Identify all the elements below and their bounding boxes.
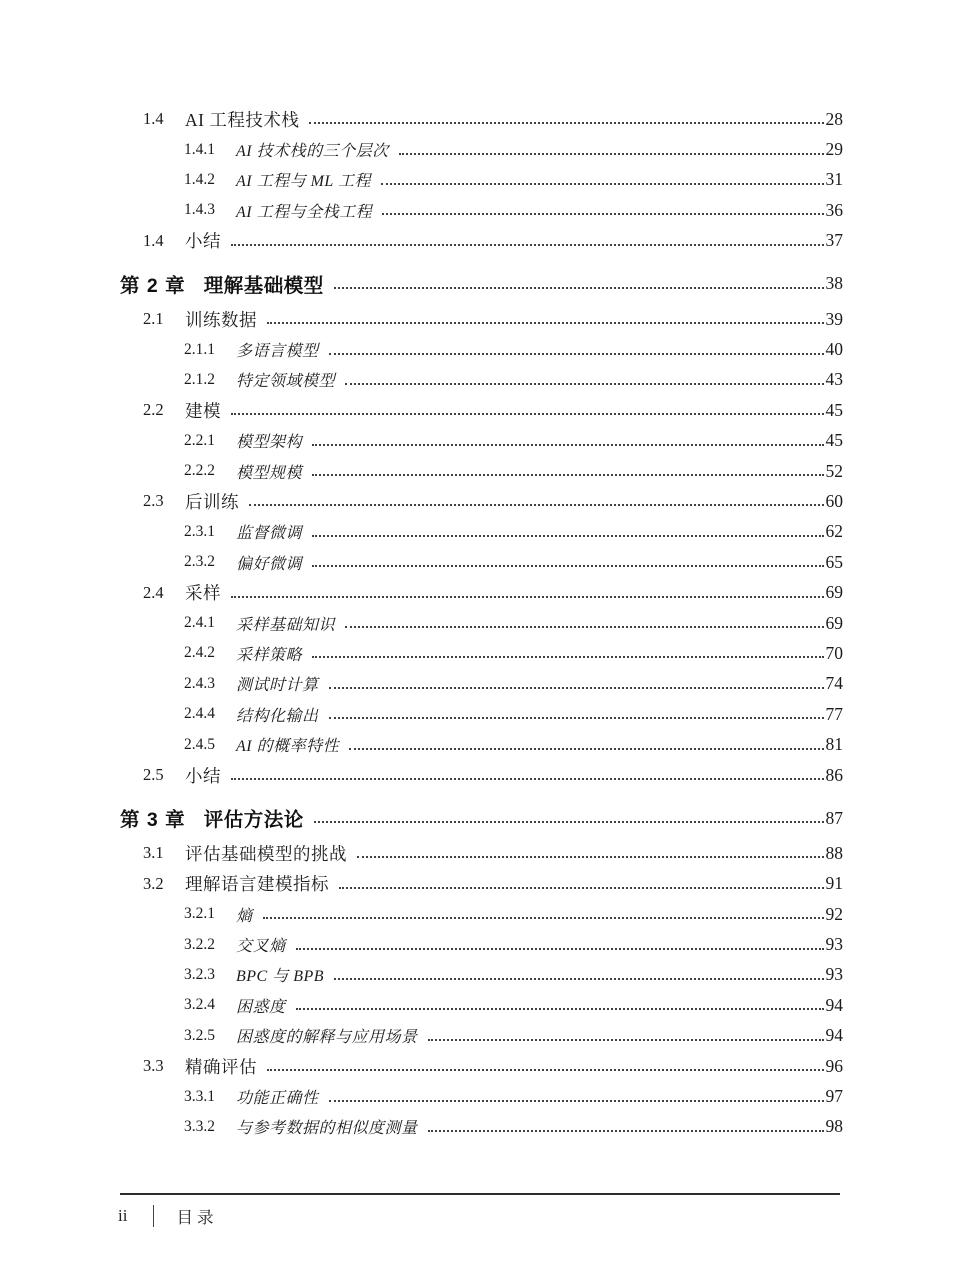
entry-page-number: 37 [826, 230, 844, 251]
entry-number: 1.4.2 [184, 171, 236, 189]
toc-entry: 2.4.1 采样基础知识 69 [120, 608, 843, 638]
entry-page-number: 91 [826, 873, 844, 894]
toc-entry: 3.2.5 困惑度的解释与应用场景 94 [120, 1021, 843, 1051]
entry-page-number: 87 [826, 808, 844, 829]
entry-title: AI 工程技术栈 [185, 107, 299, 132]
entry-number: 3.2.5 [184, 1027, 236, 1045]
entry-number: 2.4.3 [184, 675, 236, 693]
dot-leader [263, 917, 824, 919]
entry-number: 3.3.1 [184, 1088, 236, 1106]
dot-leader [312, 474, 823, 476]
entry-page-number: 69 [826, 582, 844, 603]
entry-page-number: 40 [826, 339, 844, 360]
entry-page-number: 94 [826, 995, 844, 1016]
dot-leader [382, 213, 823, 215]
toc-entry: 3.2.1 熵 92 [120, 899, 843, 929]
entry-number: 2.4.2 [184, 644, 236, 662]
dot-leader [339, 887, 824, 889]
entry-title: 精确评估 [185, 1054, 257, 1079]
toc-entry: 第 2 章 理解基础模型 38 [120, 266, 843, 302]
toc-entry: 1.4.1 AI 技术栈的三个层次 29 [120, 134, 843, 164]
entry-number: 3.2.4 [184, 996, 236, 1014]
toc-entry: 3.2.4 困惑度 94 [120, 990, 843, 1020]
entry-page-number: 74 [826, 673, 844, 694]
entry-title: AI 工程与全栈工程 [236, 199, 372, 222]
entry-number: 3.3.2 [184, 1118, 236, 1136]
entry-number: 3.2 [143, 874, 185, 894]
dot-leader [428, 1039, 824, 1041]
dot-leader [231, 413, 824, 415]
dot-leader [296, 1008, 824, 1010]
toc-entry: 2.4.2 采样策略 70 [120, 638, 843, 668]
page-footer: ii 目录 [120, 1193, 840, 1228]
entry-title: 训练数据 [185, 307, 257, 332]
dot-leader [267, 1069, 824, 1071]
entry-page-number: 36 [826, 200, 844, 221]
entry-number: 2.3.2 [184, 553, 236, 571]
entry-page-number: 88 [826, 843, 844, 864]
entry-page-number: 81 [826, 734, 844, 755]
entry-page-number: 62 [826, 521, 844, 542]
entry-number: 2.1.2 [184, 371, 236, 389]
entry-number: 3.2.1 [184, 905, 236, 923]
dot-leader [312, 535, 823, 537]
entry-number: 2.2.1 [184, 432, 236, 450]
entry-title: 困惑度的解释与应用场景 [236, 1024, 418, 1047]
entry-page-number: 93 [826, 964, 844, 985]
entry-page-number: 60 [826, 491, 844, 512]
entry-page-number: 31 [826, 169, 844, 190]
dot-leader [329, 1100, 824, 1102]
toc-entry: 2.1.1 多语言模型 40 [120, 334, 843, 364]
dot-leader [334, 978, 823, 980]
entry-title: 后训练 [185, 489, 239, 514]
toc-entry: 1.4.3 AI 工程与全栈工程 36 [120, 195, 843, 225]
toc-entry: 3.2.3 BPC 与 BPB 93 [120, 960, 843, 990]
toc-entry: 2.4.5 AI 的概率特性 81 [120, 729, 843, 759]
entry-title: 测试时计算 [236, 672, 319, 695]
dot-leader [267, 322, 824, 324]
dot-leader [231, 596, 824, 598]
toc-entry: 2.4.4 结构化输出 77 [120, 699, 843, 729]
toc-list: 1.4 AI 工程技术栈 28 1.4.1 AI 技术栈的三个层次 29 1.4… [120, 104, 843, 1142]
entry-page-number: 69 [826, 613, 844, 634]
entry-title: BPC 与 BPB [236, 963, 324, 986]
entry-page-number: 52 [826, 461, 844, 482]
entry-page-number: 45 [826, 430, 844, 451]
entry-number: 2.1.1 [184, 341, 236, 359]
entry-title: AI 的概率特性 [236, 733, 339, 756]
entry-number: 2.4.4 [184, 705, 236, 723]
entry-title: 采样策略 [236, 642, 302, 665]
entry-title: 评估基础模型的挑战 [185, 841, 347, 866]
dot-leader [312, 656, 823, 658]
dot-leader [428, 1130, 824, 1132]
toc-entry: 3.3.2 与参考数据的相似度测量 98 [120, 1112, 843, 1142]
entry-page-number: 45 [826, 400, 844, 421]
dot-leader [231, 244, 824, 246]
toc-entry: 1.4.2 AI 工程与 ML 工程 31 [120, 165, 843, 195]
toc-entry: 2.5 小结 86 [120, 760, 843, 790]
entry-number: 1.4.3 [184, 201, 236, 219]
entry-number: 第 2 章 [120, 270, 186, 298]
toc-entry: 2.2.2 模型规模 52 [120, 456, 843, 486]
dot-leader [312, 565, 823, 567]
entry-number: 2.3 [143, 491, 185, 511]
entry-number: 2.5 [143, 765, 185, 785]
entry-title: 评估方法论 [204, 804, 304, 832]
toc-entry: 2.2 建模 45 [120, 395, 843, 425]
dot-leader [309, 122, 823, 124]
entry-title: 困惑度 [236, 994, 286, 1017]
entry-title: 模型架构 [236, 429, 302, 452]
dot-leader [296, 948, 824, 950]
entry-title: 采样 [185, 580, 221, 605]
toc-entry: 3.3.1 功能正确性 97 [120, 1081, 843, 1111]
entry-title: 理解基础模型 [204, 270, 324, 298]
entry-title: 特定领域模型 [236, 368, 335, 391]
entry-title: 多语言模型 [236, 338, 319, 361]
dot-leader [349, 748, 823, 750]
toc-entry: 第 3 章 评估方法论 87 [120, 800, 843, 836]
dot-leader [345, 626, 823, 628]
dot-leader [249, 504, 824, 506]
dot-leader [345, 383, 823, 385]
entry-page-number: 65 [826, 552, 844, 573]
entry-title: 熵 [236, 903, 253, 926]
entry-title: 偏好微调 [236, 551, 302, 574]
entry-page-number: 39 [826, 309, 844, 330]
toc-entry: 2.4 采样 69 [120, 577, 843, 607]
toc-entry: 1.4 AI 工程技术栈 28 [120, 104, 843, 134]
dot-leader [329, 687, 824, 689]
entry-number: 3.3 [143, 1056, 185, 1076]
entry-number: 1.4 [143, 231, 185, 251]
entry-title: 交叉熵 [236, 933, 286, 956]
entry-number: 2.1 [143, 309, 185, 329]
dot-leader [399, 153, 824, 155]
dot-leader [314, 821, 824, 823]
entry-number: 2.4.5 [184, 736, 236, 754]
entry-number: 3.2.2 [184, 936, 236, 954]
dot-leader [381, 183, 823, 185]
entry-page-number: 77 [826, 704, 844, 725]
toc-entry: 2.2.1 模型架构 45 [120, 426, 843, 456]
entry-title: 建模 [185, 398, 221, 423]
entry-page-number: 94 [826, 1025, 844, 1046]
entry-number: 2.4.1 [184, 614, 236, 632]
entry-title: AI 工程与 ML 工程 [236, 168, 371, 191]
entry-page-number: 28 [826, 109, 844, 130]
toc-entry: 1.4 小结 37 [120, 226, 843, 256]
entry-number: 第 3 章 [120, 804, 186, 832]
toc-entry: 2.3.1 监督微调 62 [120, 517, 843, 547]
toc-entry: 2.1 训练数据 39 [120, 304, 843, 334]
entry-page-number: 38 [826, 273, 844, 294]
toc-entry: 3.2.2 交叉熵 93 [120, 929, 843, 959]
toc-entry: 2.1.2 特定领域模型 43 [120, 365, 843, 395]
entry-title: AI 技术栈的三个层次 [236, 138, 389, 161]
entry-number: 2.2 [143, 400, 185, 420]
toc-entry: 3.1 评估基础模型的挑战 88 [120, 838, 843, 868]
entry-title: 理解语言建模指标 [185, 871, 329, 896]
entry-page-number: 92 [826, 904, 844, 925]
entry-number: 2.2.2 [184, 462, 236, 480]
dot-leader [329, 353, 824, 355]
entry-number: 3.2.3 [184, 966, 236, 984]
entry-number: 3.1 [143, 843, 185, 863]
dot-leader [312, 444, 823, 446]
entry-page-number: 29 [826, 139, 844, 160]
toc-entry: 2.3.2 偏好微调 65 [120, 547, 843, 577]
entry-number: 1.4.1 [184, 141, 236, 159]
entry-title: 模型规模 [236, 460, 302, 483]
entry-page-number: 98 [826, 1116, 844, 1137]
entry-number: 1.4 [143, 109, 185, 129]
dot-leader [357, 856, 824, 858]
footer-folio: ii [118, 1206, 127, 1226]
entry-title: 监督微调 [236, 520, 302, 543]
dot-leader [329, 717, 824, 719]
dot-leader [334, 287, 824, 289]
footer-section-label: 目录 [176, 1204, 217, 1228]
entry-number: 2.4 [143, 583, 185, 603]
entry-title: 结构化输出 [236, 703, 319, 726]
entry-title: 小结 [185, 228, 221, 253]
entry-page-number: 43 [826, 369, 844, 390]
entry-page-number: 97 [826, 1086, 844, 1107]
entry-title: 采样基础知识 [236, 612, 335, 635]
toc-entry: 3.2 理解语言建模指标 91 [120, 869, 843, 899]
entry-number: 2.3.1 [184, 523, 236, 541]
dot-leader [231, 778, 824, 780]
entry-page-number: 93 [826, 934, 844, 955]
entry-page-number: 96 [826, 1056, 844, 1077]
toc-entry: 3.3 精确评估 96 [120, 1051, 843, 1081]
entry-title: 小结 [185, 763, 221, 788]
entry-page-number: 70 [826, 643, 844, 664]
entry-page-number: 86 [826, 765, 844, 786]
footer-separator-bar [153, 1205, 154, 1227]
toc-entry: 2.4.3 测试时计算 74 [120, 669, 843, 699]
entry-title: 功能正确性 [236, 1085, 319, 1108]
entry-title: 与参考数据的相似度测量 [236, 1115, 418, 1138]
toc-entry: 2.3 后训练 60 [120, 486, 843, 516]
